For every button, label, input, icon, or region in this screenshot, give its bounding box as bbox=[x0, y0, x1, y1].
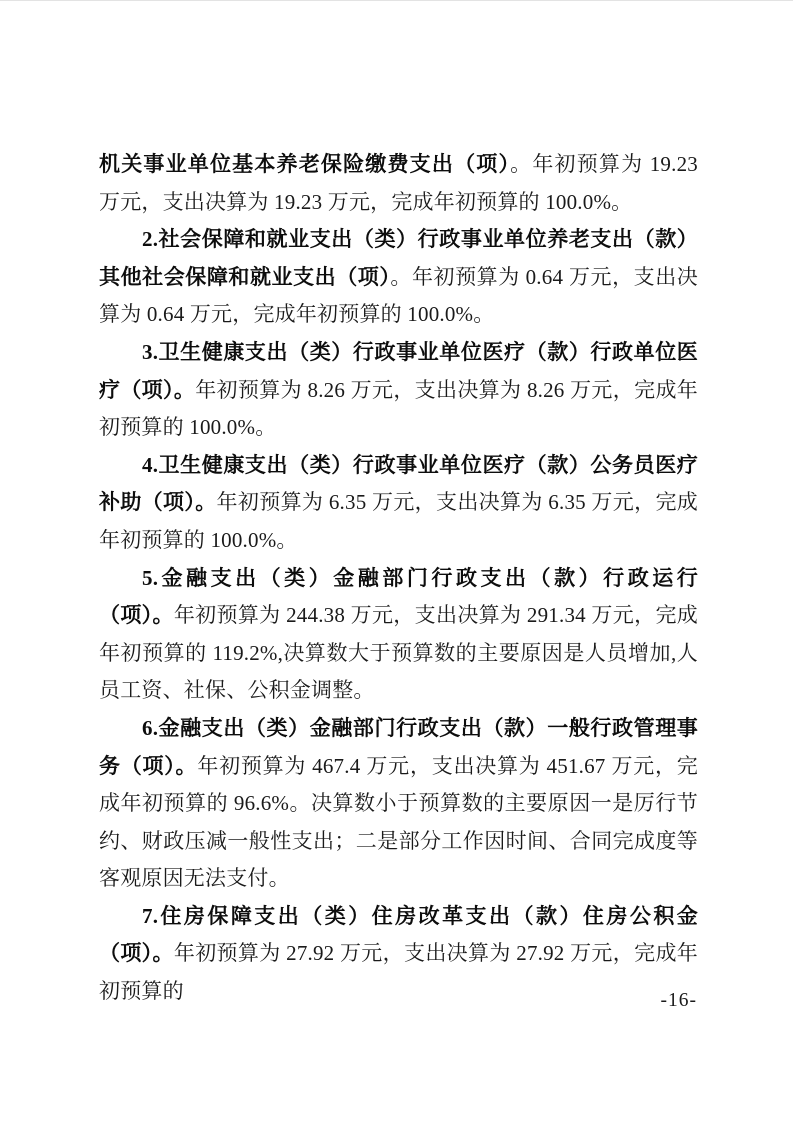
budget-item-paragraph-2: 2.社会保障和就业支出（类）行政事业单位养老支出（款）其他社会保障和就业支出（项… bbox=[99, 221, 698, 334]
document-page: 机关事业单位基本养老保险缴费支出（项）。年初预算为 19.23 万元，支出决算为… bbox=[0, 0, 793, 1122]
document-body: 机关事业单位基本养老保险缴费支出（项）。年初预算为 19.23 万元，支出决算为… bbox=[99, 146, 698, 1011]
budget-item-paragraph-5: 5.金融支出（类）金融部门行政支出（款）行政运行（项）。年初预算为 244.38… bbox=[99, 560, 698, 710]
budget-item-paragraph-6: 6.金融支出（类）金融部门行政支出（款）一般行政管理事务（项）。年初预算为 46… bbox=[99, 710, 698, 898]
budget-item-paragraph-3: 3.卫生健康支出（类）行政事业单位医疗（款）行政单位医疗（项）。年初预算为 8.… bbox=[99, 334, 698, 447]
scan-edge-line bbox=[0, 0, 793, 1]
budget-item-5-body: 年初预算为 244.38 万元，支出决算为 291.34 万元，完成年初预算的 … bbox=[99, 603, 698, 702]
budget-item-paragraph-4: 4.卫生健康支出（类）行政事业单位医疗（款）公务员医疗补助（项）。年初预算为 6… bbox=[99, 447, 698, 560]
page-number: -16- bbox=[0, 990, 697, 1012]
budget-item-1-heading: 机关事业单位基本养老保险缴费支出（项） bbox=[99, 152, 510, 176]
budget-item-paragraph-1: 机关事业单位基本养老保险缴费支出（项）。年初预算为 19.23 万元，支出决算为… bbox=[99, 146, 698, 221]
